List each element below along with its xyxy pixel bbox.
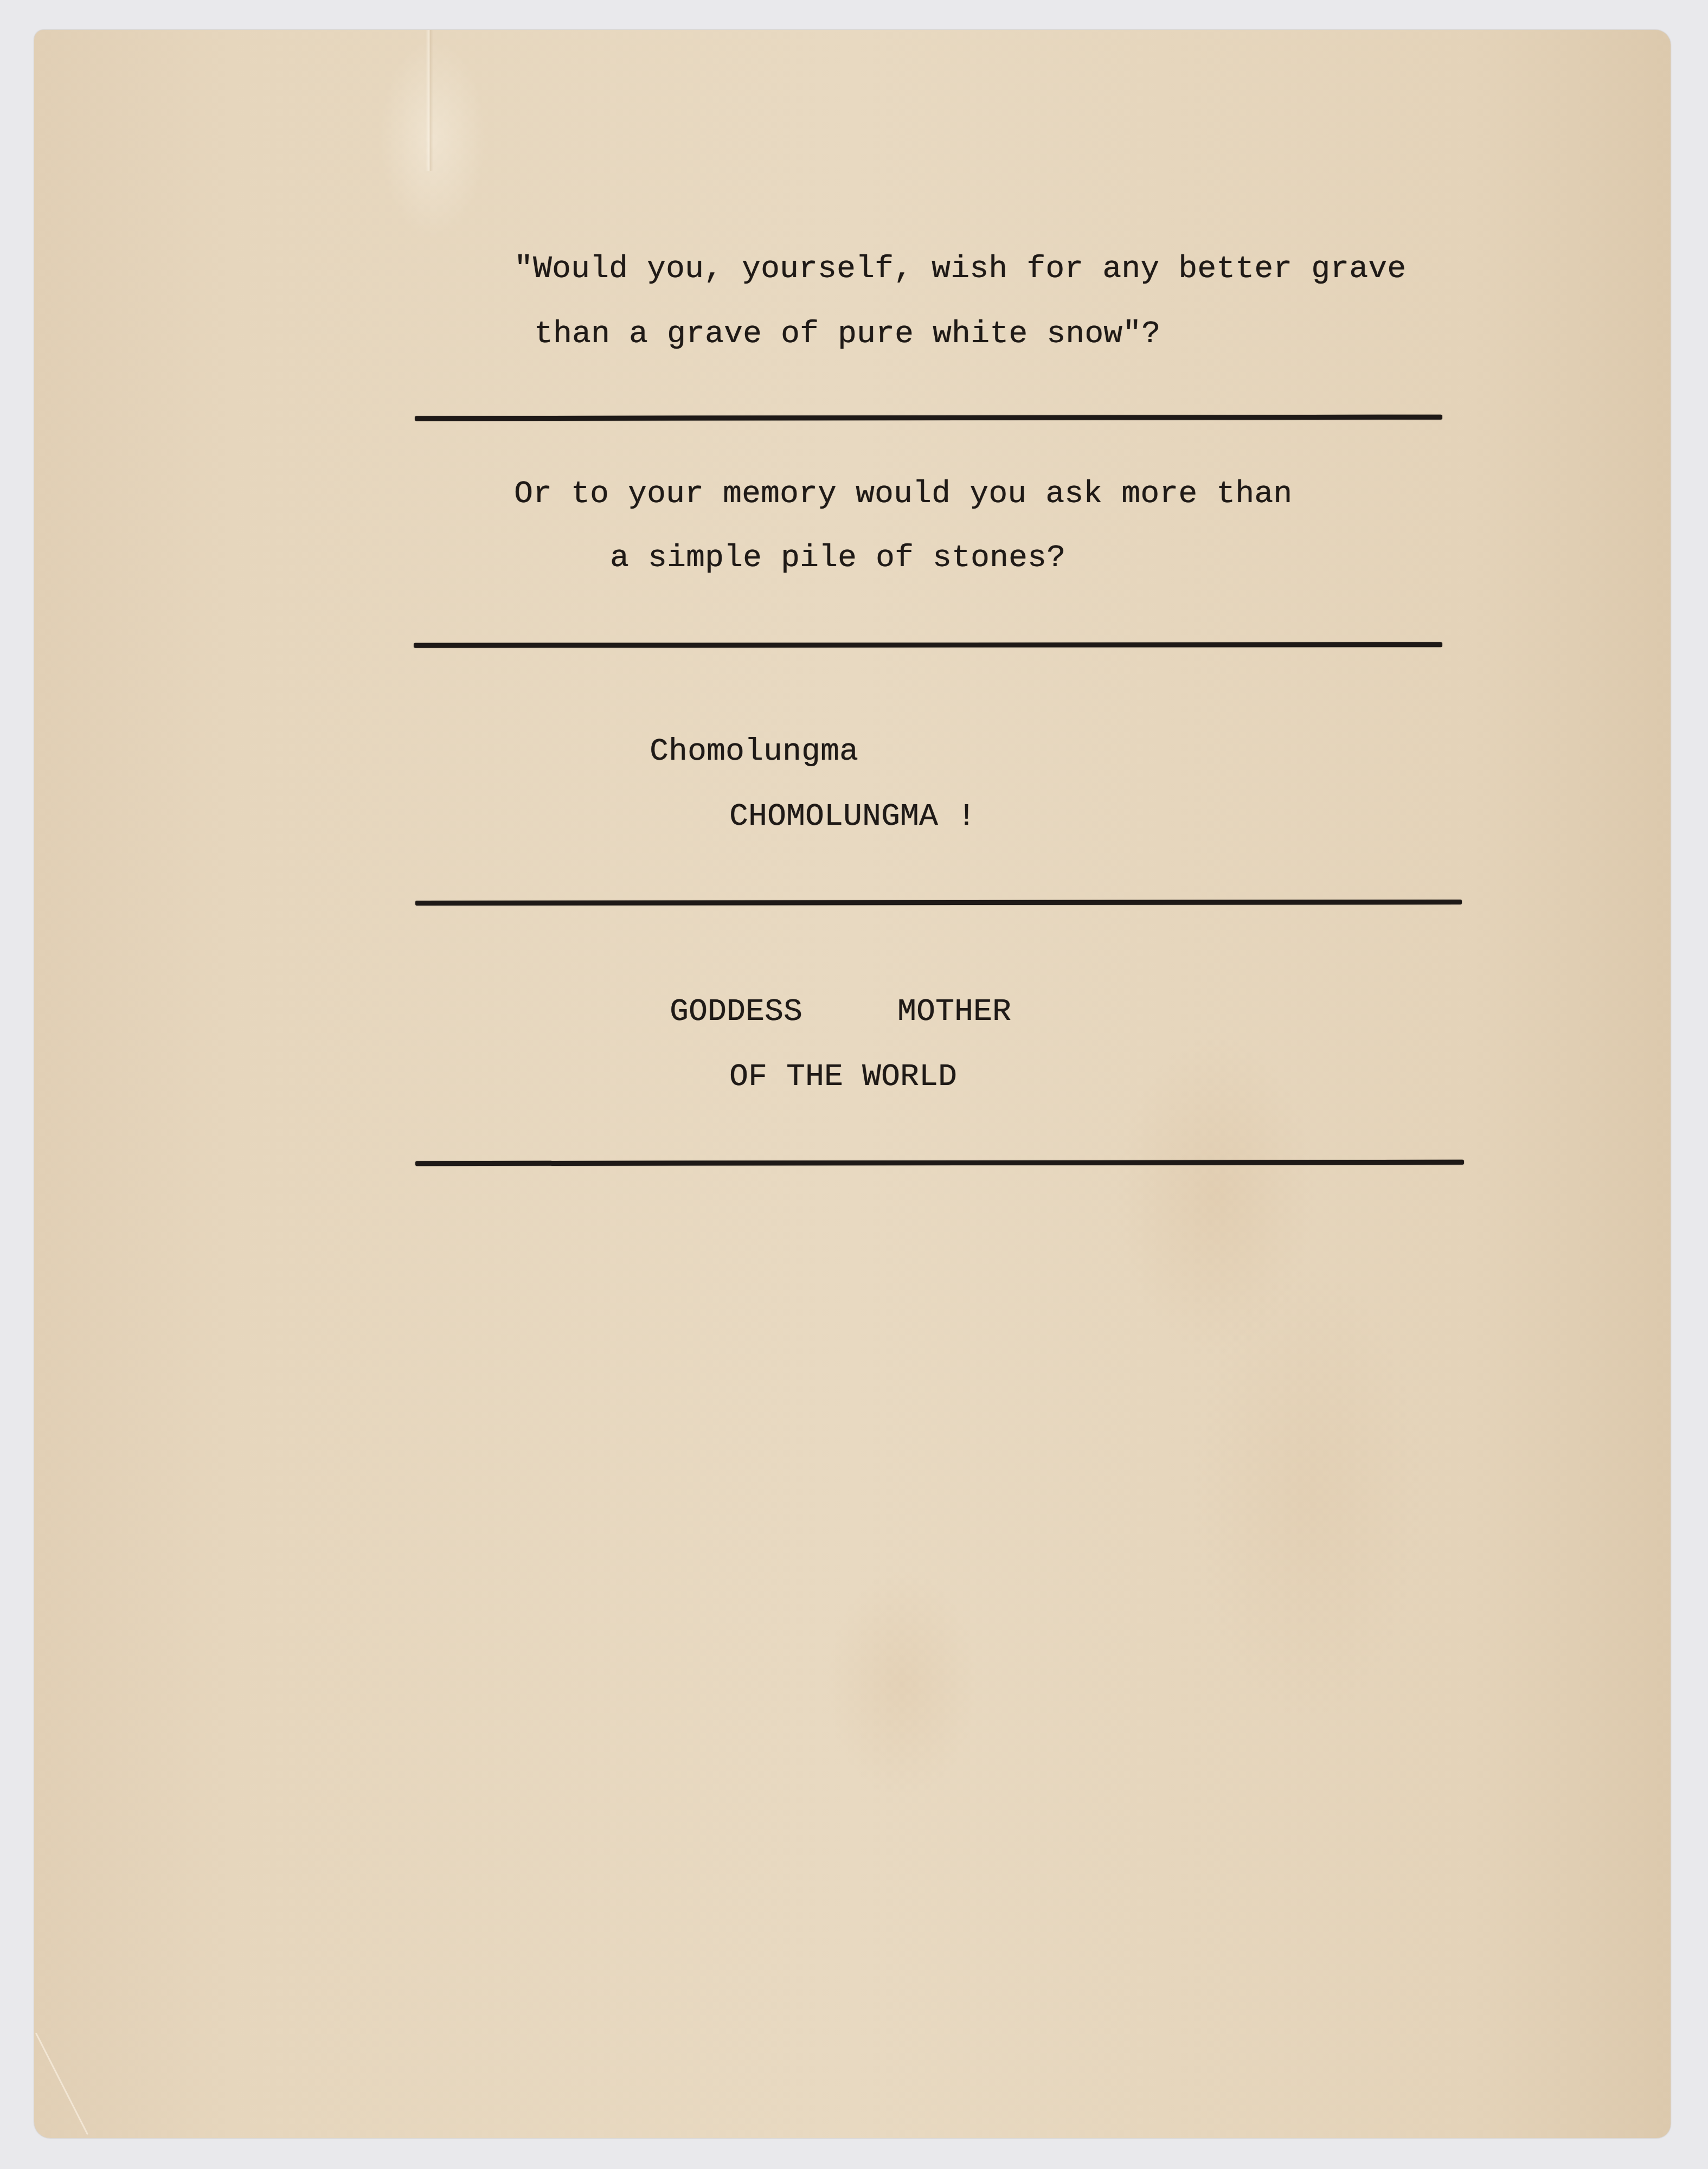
chomolungma-line-2: CHOMOLUNGMA !	[729, 801, 976, 833]
quote-line-2: than a grave of pure white snow"?	[534, 319, 1160, 350]
divider-rule-2	[414, 642, 1442, 648]
paper-corner-crease	[35, 2033, 88, 2135]
chomolungma-line-1: Chomolungma	[650, 736, 858, 768]
goddess-line-2: OF THE WORLD	[729, 1062, 957, 1093]
quote-line-1: "Would you, yourself, wish for any bette…	[514, 254, 1406, 285]
paper-fold-crease	[426, 30, 433, 171]
memory-line-1: Or to your memory would you ask more tha…	[514, 479, 1292, 510]
goddess-line-1: GODDESS MOTHER	[670, 997, 1011, 1028]
memory-line-2: a simple pile of stones?	[610, 543, 1065, 574]
